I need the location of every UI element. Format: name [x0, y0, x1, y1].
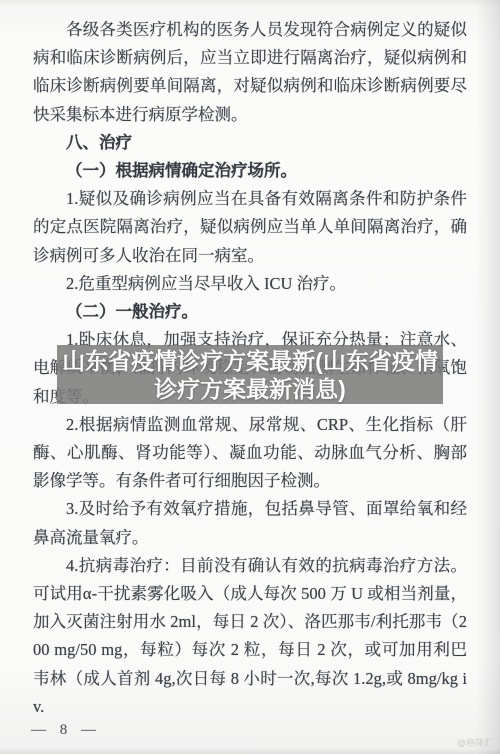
- document-paragraph: 4.抗病毒治疗：目前没有确认有效的抗病毒治疗方法。可试用α-干扰素雾化吸入（成人…: [33, 552, 467, 716]
- document-paragraph: 八、治疗: [33, 129, 467, 157]
- scan-edge-shadow-top: [0, 0, 500, 6]
- overlay-title-line1: 山东省疫情诊疗方案最新(山东省疫情: [62, 347, 438, 375]
- document-paragraph: 1.疑似及确诊病例应当在具备有效隔离条件和防护条件的定点医院隔离治疗，疑似病例应…: [33, 185, 467, 270]
- document-paragraph: 各级各类医疗机构的医务人员发现符合病例定义的疑似病和临床诊断病例后，应当立即进行…: [33, 16, 467, 129]
- document-paragraph: 3.及时给予有效氧疗措施，包括鼻导管、面罩给氧和经鼻高流量氧疗。: [33, 495, 467, 551]
- watermark: @格隆汇: [457, 736, 493, 749]
- scan-edge-shadow-bottom: [0, 747, 500, 754]
- document-paragraph: 2.危重型病例应当尽早收入 ICU 治疗。: [33, 270, 467, 298]
- scan-edge-shadow-right: [476, 0, 500, 754]
- overlay-title-banner: 山东省疫情诊疗方案最新(山东省疫情 诊疗方案最新消息): [57, 345, 443, 404]
- page-number: — 8 —: [31, 722, 101, 739]
- document-paragraph: （二）一般治疗。: [33, 298, 467, 326]
- document-paragraph: （一）根据病情确定治疗场所。: [33, 157, 467, 185]
- scanned-document-page: 各级各类医疗机构的医务人员发现符合病例定义的疑似病和临床诊断病例后，应当立即进行…: [0, 0, 500, 754]
- document-paragraph: 2.根据病情监测血常规、尿常规、CRP、生化指标（肝酶、心肌酶、肾功能等）、凝血…: [33, 411, 467, 496]
- overlay-title-line2: 诊疗方案最新消息): [154, 375, 346, 403]
